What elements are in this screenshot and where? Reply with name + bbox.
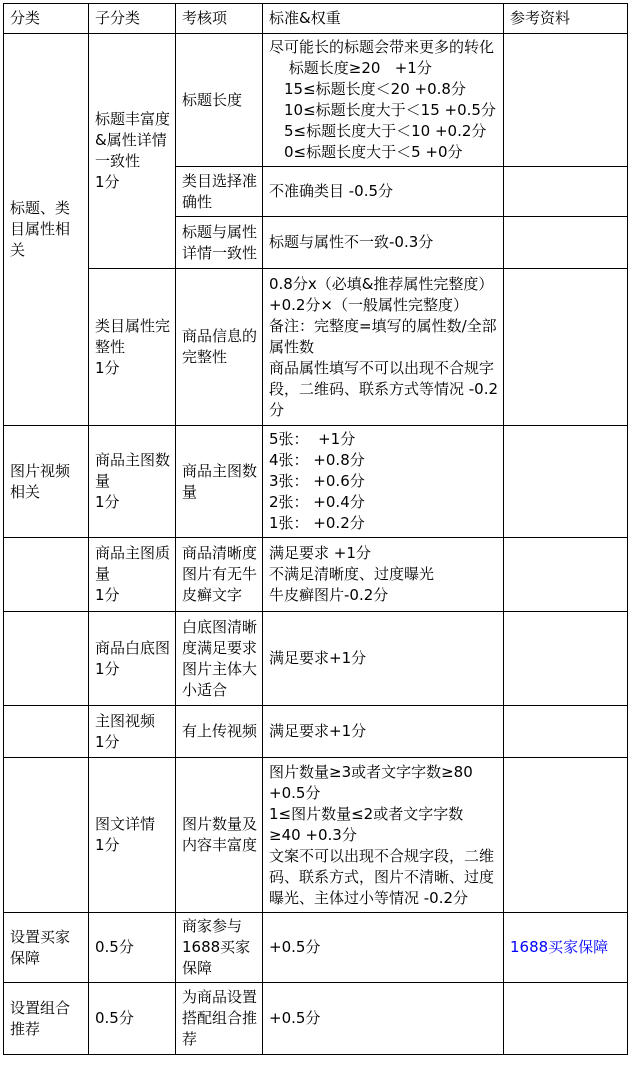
assessment-item-cell: 有上传视频 bbox=[176, 706, 263, 758]
category-cell: 图片视频相关 bbox=[4, 426, 89, 538]
subcategory-cell: 商品白底图 1分 bbox=[89, 612, 176, 706]
reference-cell: 1688买家保障 bbox=[504, 913, 628, 983]
reference-cell bbox=[504, 167, 628, 217]
header-row: 分类 子分类 考核项 标准&权重 参考资料 bbox=[4, 4, 628, 34]
standard-cell: 不准确类目 -0.5分 bbox=[263, 167, 504, 217]
assessment-item-cell: 标题与属性详情一致性 bbox=[176, 217, 263, 269]
category-cell bbox=[4, 612, 89, 706]
subcategory-cell: 类目属性完整性 1分 bbox=[89, 269, 176, 426]
reference-cell bbox=[504, 983, 628, 1055]
table-row: 设置买家保障 0.5分 商家参与1688买家保障 +0.5分 1688买家保障 bbox=[4, 913, 628, 983]
assessment-item-cell: 商品主图数量 bbox=[176, 426, 263, 538]
standard-cell: +0.5分 bbox=[263, 983, 504, 1055]
subcategory-cell: 商品主图质量 1分 bbox=[89, 538, 176, 612]
standard-cell: 满足要求 +1分 不满足清晰度、过度曝光 牛皮癣图片-0.2分 bbox=[263, 538, 504, 612]
reference-cell bbox=[504, 612, 628, 706]
standard-cell: 5张： +1分 4张： +0.8分 3张： +0.6分 2张： +0.4分 1张… bbox=[263, 426, 504, 538]
standard-cell: 0.8分x（必填&推荐属性完整度） +0.2分×（一般属性完整度） 备注：完整度… bbox=[263, 269, 504, 426]
subcategory-cell: 标题丰富度&属性详情一致性 1分 bbox=[89, 34, 176, 269]
header-standard-weight: 标准&权重 bbox=[263, 4, 504, 34]
category-cell: 设置组合推荐 bbox=[4, 983, 89, 1055]
standard-cell: 尽可能长的标题会带来更多的转化 标题长度≥20 +1分 15≤标题长度＜20 +… bbox=[263, 34, 504, 167]
reference-cell bbox=[504, 34, 628, 167]
subcategory-cell: 主图视频 1分 bbox=[89, 706, 176, 758]
reference-cell bbox=[504, 426, 628, 538]
standard-cell: +0.5分 bbox=[263, 913, 504, 983]
header-category: 分类 bbox=[4, 4, 89, 34]
table-row: 商品白底图 1分 白底图清晰度满足要求图片主体大小适合 满足要求+1分 bbox=[4, 612, 628, 706]
reference-cell bbox=[504, 706, 628, 758]
category-cell bbox=[4, 758, 89, 913]
standard-cell: 图片数量≥3或者文字字数≥80 +0.5分 1≤图片数量≤2或者文字字数 ≥40… bbox=[263, 758, 504, 913]
assessment-item-cell: 图片数量及内容丰富度 bbox=[176, 758, 263, 913]
subcategory-cell: 商品主图数量 1分 bbox=[89, 426, 176, 538]
category-cell bbox=[4, 706, 89, 758]
subcategory-cell: 图文详情 1分 bbox=[89, 758, 176, 913]
category-cell bbox=[4, 538, 89, 612]
reference-cell bbox=[504, 758, 628, 913]
assessment-item-cell: 为商品设置搭配组合推荐 bbox=[176, 983, 263, 1055]
subcategory-cell: 0.5分 bbox=[89, 983, 176, 1055]
scoring-table: 分类 子分类 考核项 标准&权重 参考资料 标题、类目属性相关 标题丰富度&属性… bbox=[3, 3, 628, 1055]
table-row: 标题、类目属性相关 标题丰富度&属性详情一致性 1分 标题长度 尽可能长的标题会… bbox=[4, 34, 628, 167]
header-assessment-item: 考核项 bbox=[176, 4, 263, 34]
table-row: 图文详情 1分 图片数量及内容丰富度 图片数量≥3或者文字字数≥80 +0.5分… bbox=[4, 758, 628, 913]
reference-link[interactable]: 1688买家保障 bbox=[510, 938, 608, 956]
assessment-item-cell: 标题长度 bbox=[176, 34, 263, 167]
table-row: 设置组合推荐 0.5分 为商品设置搭配组合推荐 +0.5分 bbox=[4, 983, 628, 1055]
header-subcategory: 子分类 bbox=[89, 4, 176, 34]
reference-cell bbox=[504, 538, 628, 612]
standard-cell: 满足要求+1分 bbox=[263, 612, 504, 706]
category-cell: 标题、类目属性相关 bbox=[4, 34, 89, 426]
subcategory-cell: 0.5分 bbox=[89, 913, 176, 983]
standard-cell: 标题与属性不一致-0.3分 bbox=[263, 217, 504, 269]
table-row: 主图视频 1分 有上传视频 满足要求+1分 bbox=[4, 706, 628, 758]
standard-cell: 满足要求+1分 bbox=[263, 706, 504, 758]
header-reference: 参考资料 bbox=[504, 4, 628, 34]
reference-cell bbox=[504, 269, 628, 426]
table-row: 商品主图质量 1分 商品清晰度图片有无牛皮癣文字 满足要求 +1分 不满足清晰度… bbox=[4, 538, 628, 612]
assessment-item-cell: 白底图清晰度满足要求图片主体大小适合 bbox=[176, 612, 263, 706]
assessment-item-cell: 类目选择准确性 bbox=[176, 167, 263, 217]
table-row: 图片视频相关 商品主图数量 1分 商品主图数量 5张： +1分 4张： +0.8… bbox=[4, 426, 628, 538]
reference-cell bbox=[504, 217, 628, 269]
page: 分类 子分类 考核项 标准&权重 参考资料 标题、类目属性相关 标题丰富度&属性… bbox=[0, 0, 629, 1068]
assessment-item-cell: 商家参与1688买家保障 bbox=[176, 913, 263, 983]
assessment-item-cell: 商品清晰度图片有无牛皮癣文字 bbox=[176, 538, 263, 612]
assessment-item-cell: 商品信息的完整性 bbox=[176, 269, 263, 426]
table-row: 类目属性完整性 1分 商品信息的完整性 0.8分x（必填&推荐属性完整度） +0… bbox=[4, 269, 628, 426]
category-cell: 设置买家保障 bbox=[4, 913, 89, 983]
